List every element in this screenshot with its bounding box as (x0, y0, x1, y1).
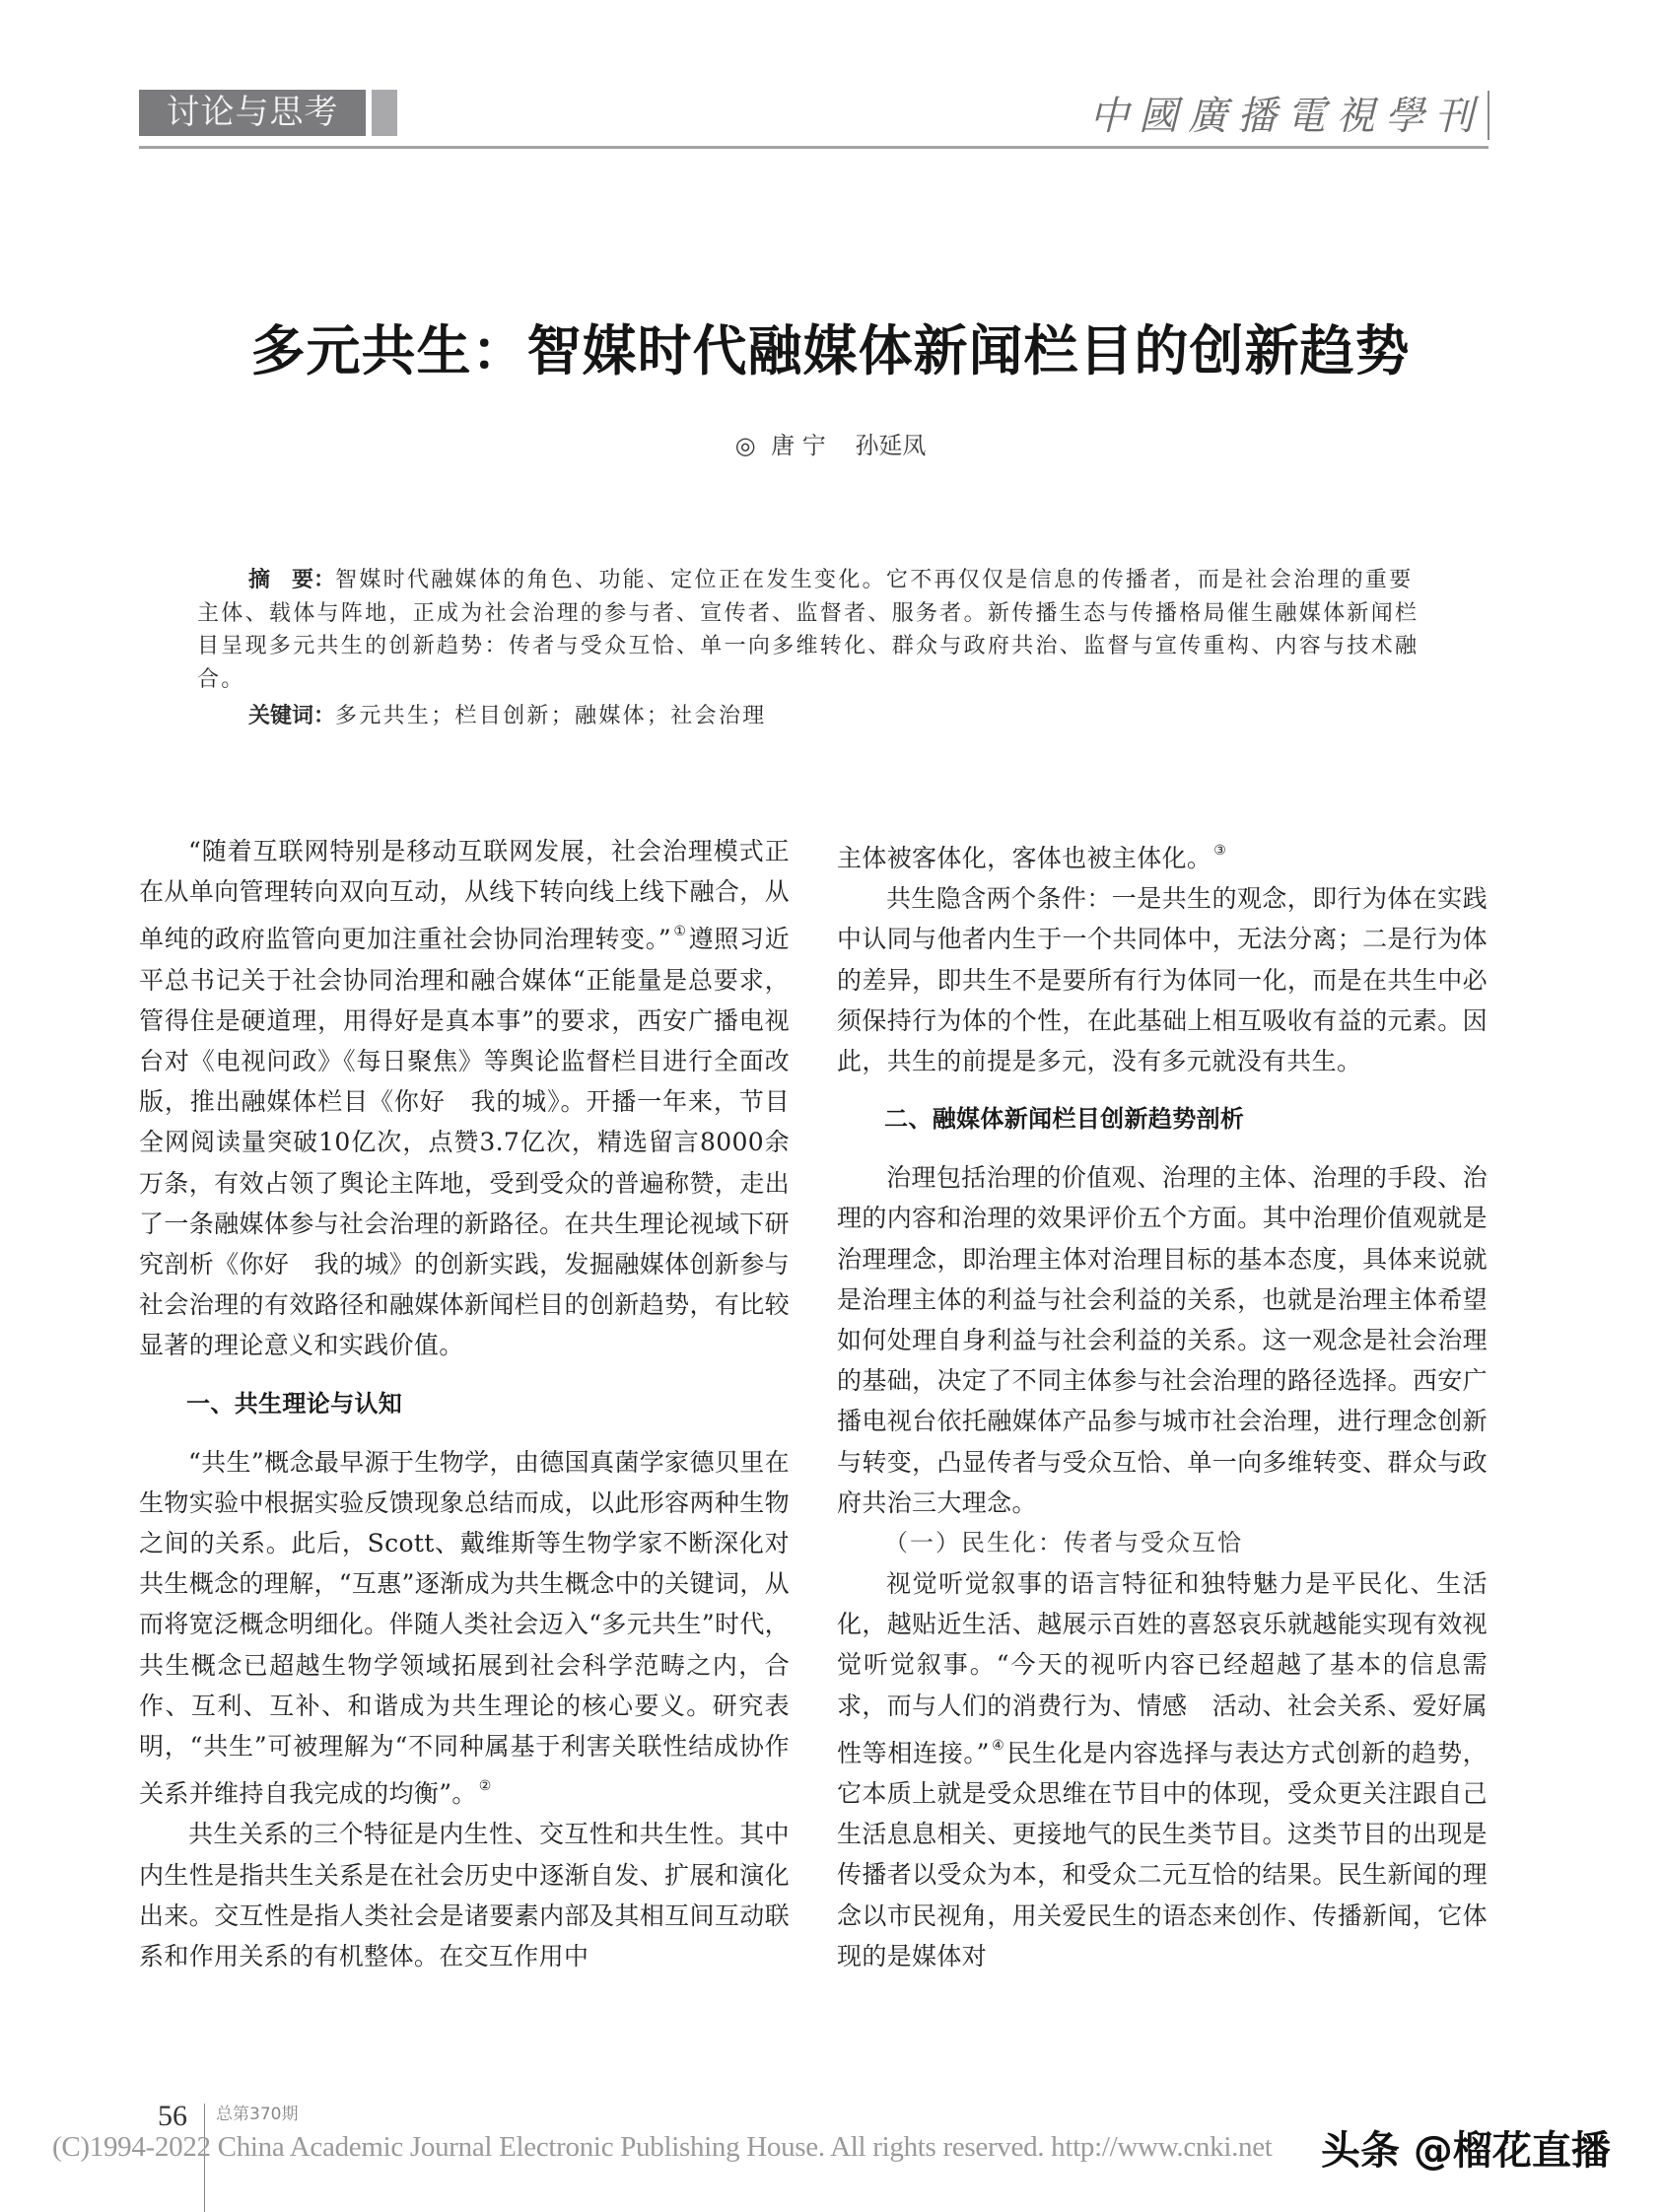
paragraph: 共生关系的三个特征是内生性、交互性和共生性。其中内生性是指共生关系是在社会历史中… (139, 1814, 790, 1976)
author-marker-icon: ◎ (735, 432, 756, 459)
issue-number: 总第370期 (216, 2100, 298, 2124)
paragraph: “共生”概念最早源于生物学，由德国真菌学家德贝里在生物实验中根据实验反馈现象总结… (139, 1442, 790, 1815)
paragraph: 共生隐含两个条件：一是共生的观念，即行为体在实践中认同与他者内生于一个共同体中，… (837, 878, 1488, 1081)
subsection-heading-1: （一）民生化：传者与受众互恰 (837, 1523, 1488, 1563)
section-tag-accent-bar (372, 90, 397, 136)
journal-logo: 中國廣播電視學刊 (1089, 85, 1484, 141)
author-2: 孙延凤 (855, 432, 926, 459)
paragraph: 视觉听觉叙事的语言特征和独特魅力是平民化、生活化，越贴近生活、越展示百姓的喜怒哀… (837, 1563, 1488, 1976)
paragraph-text: 民生化是内容选择与表达方式创新的趋势，它本质上就是受众思维在节目中的体现，受众更… (837, 1739, 1488, 1970)
section-tag: 讨论与思考 (139, 90, 366, 136)
watermark: 头条 @榴花直播 (1321, 2119, 1611, 2176)
article-title: 多元共生：智媒时代融媒体新闻栏目的创新趋势 (0, 308, 1661, 385)
body-column-right: 主体被客体化，客体也被主体化。③ 共生隐含两个条件：一是共生的观念，即行为体在实… (837, 831, 1488, 1976)
paragraph: “随着互联网特别是移动互联网发展，社会治理模式正在从单向管理转向双向互动，从线下… (139, 831, 790, 1366)
paragraph: 治理包括治理的价值观、治理的主体、治理的手段、治理的内容和治理的效果评价五个方面… (837, 1157, 1488, 1523)
abstract-label: 摘 要： (248, 568, 335, 592)
footnote-ref[interactable]: ① (673, 924, 687, 939)
abstract-block: 摘 要：智媒时代融媒体的角色、功能、定位正在发生变化。它不再仅仅是信息的传播者，… (197, 564, 1429, 733)
logo-divider (1488, 91, 1489, 140)
body-column-left: “随着互联网特别是移动互联网发展，社会治理模式正在从单向管理转向双向互动，从线下… (139, 831, 790, 1976)
page-number: 56 (158, 2100, 187, 2133)
footnote-ref[interactable]: ③ (1213, 843, 1226, 859)
author-line: ◎ 唐 宁 孙延凤 (0, 426, 1661, 460)
copyright-notice: (C)1994-2022 China Academic Journal Elec… (52, 2131, 1273, 2164)
paragraph-text: 遵照习近平总书记关于社会协同治理和融合媒体“正能量是总要求，管得住是硬道理，用得… (139, 925, 790, 1359)
abstract: 摘 要：智媒时代融媒体的角色、功能、定位正在发生变化。它不再仅仅是信息的传播者，… (197, 564, 1429, 696)
header-divider (139, 146, 1488, 149)
paragraph-text: “共生”概念最早源于生物学，由德国真菌学家德贝里在生物实验中根据实验反馈现象总结… (139, 1448, 790, 1809)
footnote-ref[interactable]: ② (479, 1778, 492, 1794)
section-heading-2: 二、融媒体新闻栏目创新趋势剖析 (837, 1099, 1488, 1140)
paragraph-text: 视觉听觉叙事的语言特征和独特魅力是平民化、生活化，越贴近生活、越展示百姓的喜怒哀… (837, 1569, 1488, 1767)
abstract-text: 智媒时代融媒体的角色、功能、定位正在发生变化。它不再仅仅是信息的传播者，而是社会… (197, 568, 1419, 692)
author-1: 唐 宁 (771, 432, 826, 459)
keywords: 关键词：多元共生；栏目创新；融媒体；社会治理 (197, 700, 1429, 733)
paragraph-continued: 主体被客体化，客体也被主体化。③ (837, 831, 1488, 878)
footnote-ref[interactable]: ④ (992, 1738, 1005, 1754)
paragraph-text: 主体被客体化，客体也被主体化。 (837, 844, 1211, 872)
section-heading-1: 一、共生理论与认知 (139, 1384, 790, 1424)
keywords-text: 多元共生；栏目创新；融媒体；社会治理 (335, 704, 766, 728)
keywords-label: 关键词： (248, 704, 335, 728)
